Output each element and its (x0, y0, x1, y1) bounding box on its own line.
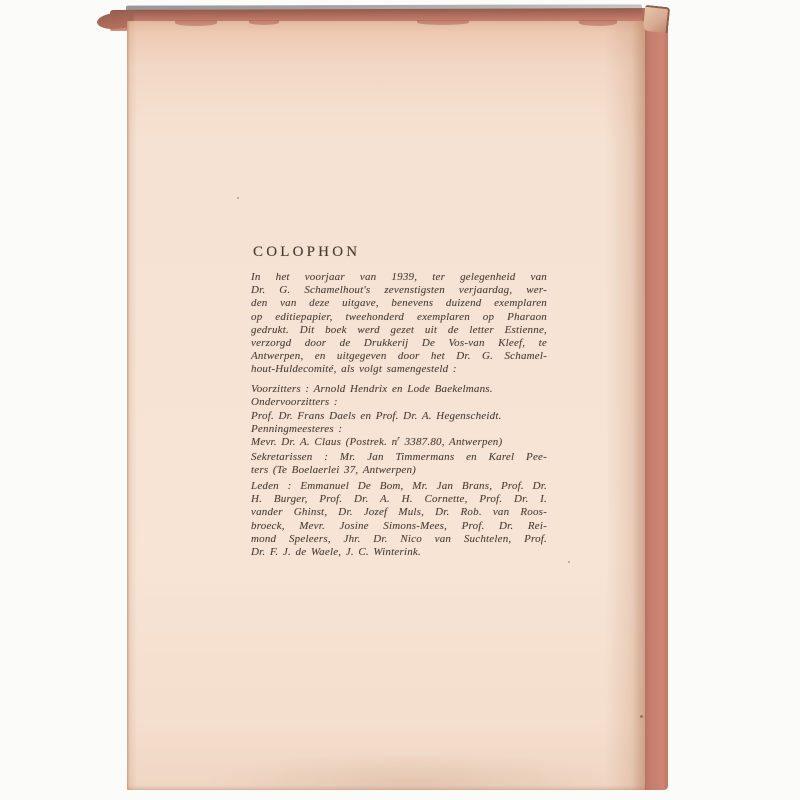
book-page: COLOPHON In het voorjaar van 1939, ter g… (127, 21, 645, 790)
scan-background: COLOPHON In het voorjaar van 1939, ter g… (0, 0, 800, 800)
colophon-line: In het voorjaar van 1939, ter gelegenhei… (251, 271, 547, 284)
colophon-heading: COLOPHON (253, 243, 545, 261)
colophon-line: Antwerpen, en uitgegeven door het Dr. G.… (251, 350, 547, 363)
paper-speck (568, 561, 570, 563)
colophon-line: Prof. Dr. Frans Daels en Prof. Dr. A. He… (251, 410, 547, 423)
colophon-line: Sekretarissen : Mr. Jan Timmermans en Ka… (251, 451, 547, 464)
cover-corner-flap (643, 5, 671, 33)
cover-wavy-edge (249, 20, 279, 25)
colophon-line: Leden : Emmanuel De Bom, Mr. Jan Brans, … (251, 480, 547, 493)
colophon-line: vander Ghinst, Dr. Jozef Muls, Dr. Rob. … (251, 506, 547, 519)
colophon-line: op editiepapier, tweehonderd exemplaren … (251, 311, 547, 324)
colophon-line: broeck, Mevr. Josine Simons-Mees, Prof. … (251, 520, 547, 533)
colophon-line: verzorgd door de Drukkerij De Vos-van Kl… (251, 337, 547, 350)
paper-speck (640, 715, 643, 718)
colophon-line: Mevr. Dr. A. Claus (Postrek. nr 3387.80,… (251, 436, 547, 449)
colophon-line: den van deze uitgave, benevens duizend e… (251, 297, 547, 310)
colophon-text-block: COLOPHON In het voorjaar van 1939, ter g… (251, 243, 547, 559)
colophon-line: ters (Te Boelaerlei 37, Antwerpen) (251, 464, 547, 477)
colophon-line: Dr. G. Schamelhout's zevenstigsten verja… (251, 284, 547, 297)
colophon-line: mond Speleers, Jhr. Dr. Nico van Suchtel… (251, 533, 547, 546)
colophon-line: gedrukt. Dit boek werd gezet uit de lett… (251, 324, 547, 337)
page-deckle-edge (633, 21, 645, 790)
cover-wavy-edge (175, 20, 217, 26)
colophon-lines: In het voorjaar van 1939, ter gelegenhei… (251, 271, 547, 559)
book-cover-right-edge (642, 8, 668, 790)
cover-wavy-edge (417, 20, 469, 25)
colophon-line: Ondervoorzitters : (251, 396, 547, 409)
colophon-line: H. Burger, Prof. Dr. A. H. Cornette, Pro… (251, 493, 547, 506)
paper-speck (237, 197, 239, 199)
cover-wavy-edge (579, 20, 617, 26)
colophon-line: hout-Huldecomité, als volgt samengesteld… (251, 363, 547, 376)
colophon-line: Voorzitters : Arnold Hendrix en Lode Bae… (251, 383, 547, 396)
colophon-line: Dr. F. J. de Waele, J. C. Winterink. (251, 546, 547, 559)
